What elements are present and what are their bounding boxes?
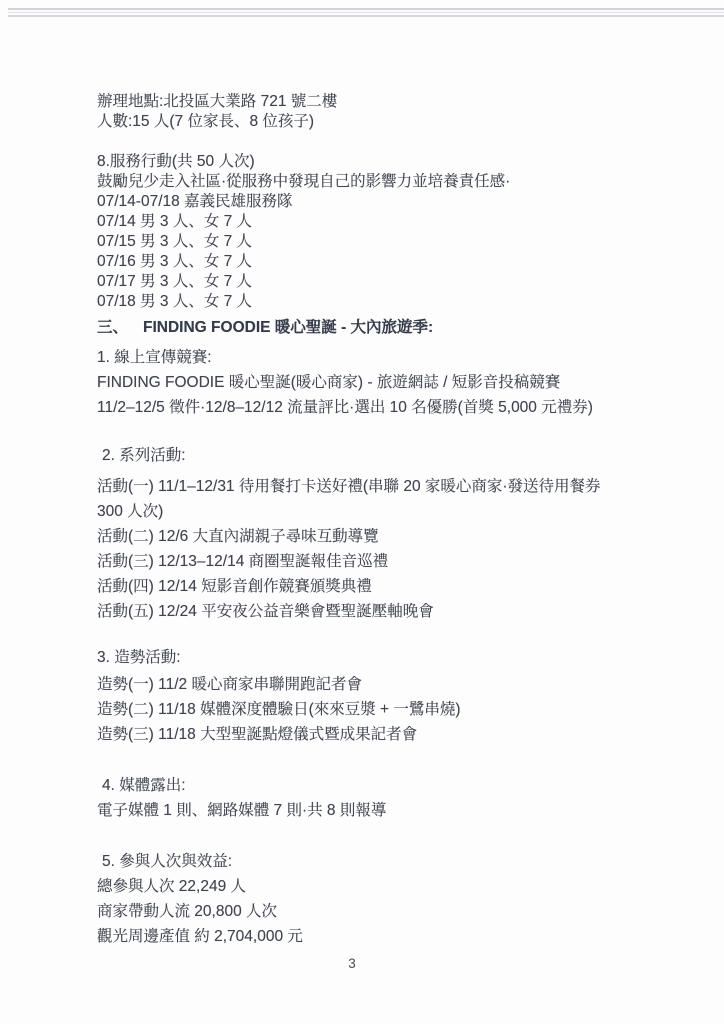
- participation-line: 觀光周邊產值 約 2,704,000 元: [97, 924, 655, 949]
- series-event-line: 活動(二) 12/6 大直內湖親子尋味互動導覽: [97, 524, 655, 549]
- scan-artifact-line: [8, 12, 724, 13]
- series-event-line: 活動(一) 11/1–12/31 待用餐打卡送好禮(串聯 20 家暖心商家·發送…: [97, 474, 655, 499]
- service-team-line: 07/14-07/18 嘉義民雄服務隊: [97, 192, 655, 212]
- headcount-line: 人數:15 人(7 位家長、8 位孩子): [97, 112, 655, 132]
- scan-artifact-line: [8, 15, 724, 17]
- series-event-line: 活動(四) 12/14 短影音創作競賽頒獎典禮: [97, 574, 655, 599]
- service-daily-row: 07/15 男 3 人、女 7 人: [97, 232, 655, 252]
- service-action-description: 鼓勵兒少走入社區·從服務中發現自己的影響力並培養責任感·: [97, 172, 655, 192]
- series-events-section: 2. 系列活動: 活動(一) 11/1–12/31 待用餐打卡送好禮(串聯 20…: [97, 443, 655, 624]
- section-index: 三、: [97, 316, 128, 340]
- promo-event-line: 造勢(一) 11/2 暖心商家串聯開跑記者會: [97, 672, 655, 697]
- page-number: 3: [0, 956, 714, 971]
- participation-title: 5. 參與人次與效益:: [97, 849, 655, 874]
- media-coverage-title: 4. 媒體露出:: [97, 773, 655, 798]
- media-coverage-line: 電子媒體 1 則、網路媒體 7 則·共 8 則報導: [97, 798, 655, 823]
- section-title: FINDING FOODIE 暖心聖誕 - 大內旅遊季:: [143, 319, 433, 336]
- online-contest-line: 11/2–12/5 徵件·12/8–12/12 流量評比·選出 10 名優勝(首…: [97, 395, 655, 420]
- media-coverage-section: 4. 媒體露出: 電子媒體 1 則、網路媒體 7 則·共 8 則報導: [97, 773, 655, 823]
- online-contest-section: 1. 線上宣傳競賽: FINDING FOODIE 暖心聖誕(暖心商家) - 旅…: [97, 345, 655, 420]
- promo-event-line: 造勢(二) 11/18 媒體深度體驗日(來來豆漿 + 一鷺串燒): [97, 697, 655, 722]
- participation-line: 商家帶動人流 20,800 人次: [97, 899, 655, 924]
- participation-line: 總參與人次 22,249 人: [97, 874, 655, 899]
- document-body: 辦理地點:北投區大業路 721 號二樓 人數:15 人(7 位家長、8 位孩子)…: [97, 92, 655, 949]
- scanned-document-page: 辦理地點:北投區大業路 721 號二樓 人數:15 人(7 位家長、8 位孩子)…: [0, 0, 724, 1024]
- blank-line: [97, 132, 655, 152]
- scan-artifact-line: [8, 8, 724, 10]
- promo-event-line: 造勢(三) 11/18 大型聖誕點燈儀式暨成果記者會: [97, 722, 655, 747]
- series-events-title: 2. 系列活動:: [97, 443, 655, 468]
- venue-line: 辦理地點:北投區大業路 721 號二樓: [97, 92, 655, 112]
- service-action-heading: 8.服務行動(共 50 人次): [97, 152, 655, 172]
- service-daily-row: 07/16 男 3 人、女 7 人: [97, 252, 655, 272]
- service-daily-row: 07/18 男 3 人、女 7 人: [97, 292, 655, 312]
- service-action-block: 辦理地點:北投區大業路 721 號二樓 人數:15 人(7 位家長、8 位孩子)…: [97, 92, 655, 312]
- promo-events-section: 3. 造勢活動: 造勢(一) 11/2 暖心商家串聯開跑記者會 造勢(二) 11…: [97, 645, 655, 747]
- service-daily-row: 07/14 男 3 人、女 7 人: [97, 212, 655, 232]
- section-heading-finding-foodie: 三、FINDING FOODIE 暖心聖誕 - 大內旅遊季:: [97, 316, 655, 340]
- series-event-line: 活動(三) 12/13–12/14 商圈聖誕報佳音巡禮: [97, 549, 655, 574]
- participation-section: 5. 參與人次與效益: 總參與人次 22,249 人 商家帶動人流 20,800…: [97, 849, 655, 949]
- service-daily-row: 07/17 男 3 人、女 7 人: [97, 272, 655, 292]
- online-contest-title: 1. 線上宣傳競賽:: [97, 345, 655, 370]
- series-event-line: 活動(五) 12/24 平安夜公益音樂會暨聖誕壓軸晚會: [97, 599, 655, 624]
- series-event-line: 300 人次): [97, 499, 655, 524]
- promo-events-title: 3. 造勢活動:: [97, 645, 655, 670]
- online-contest-line: FINDING FOODIE 暖心聖誕(暖心商家) - 旅遊網誌 / 短影音投稿…: [97, 370, 655, 395]
